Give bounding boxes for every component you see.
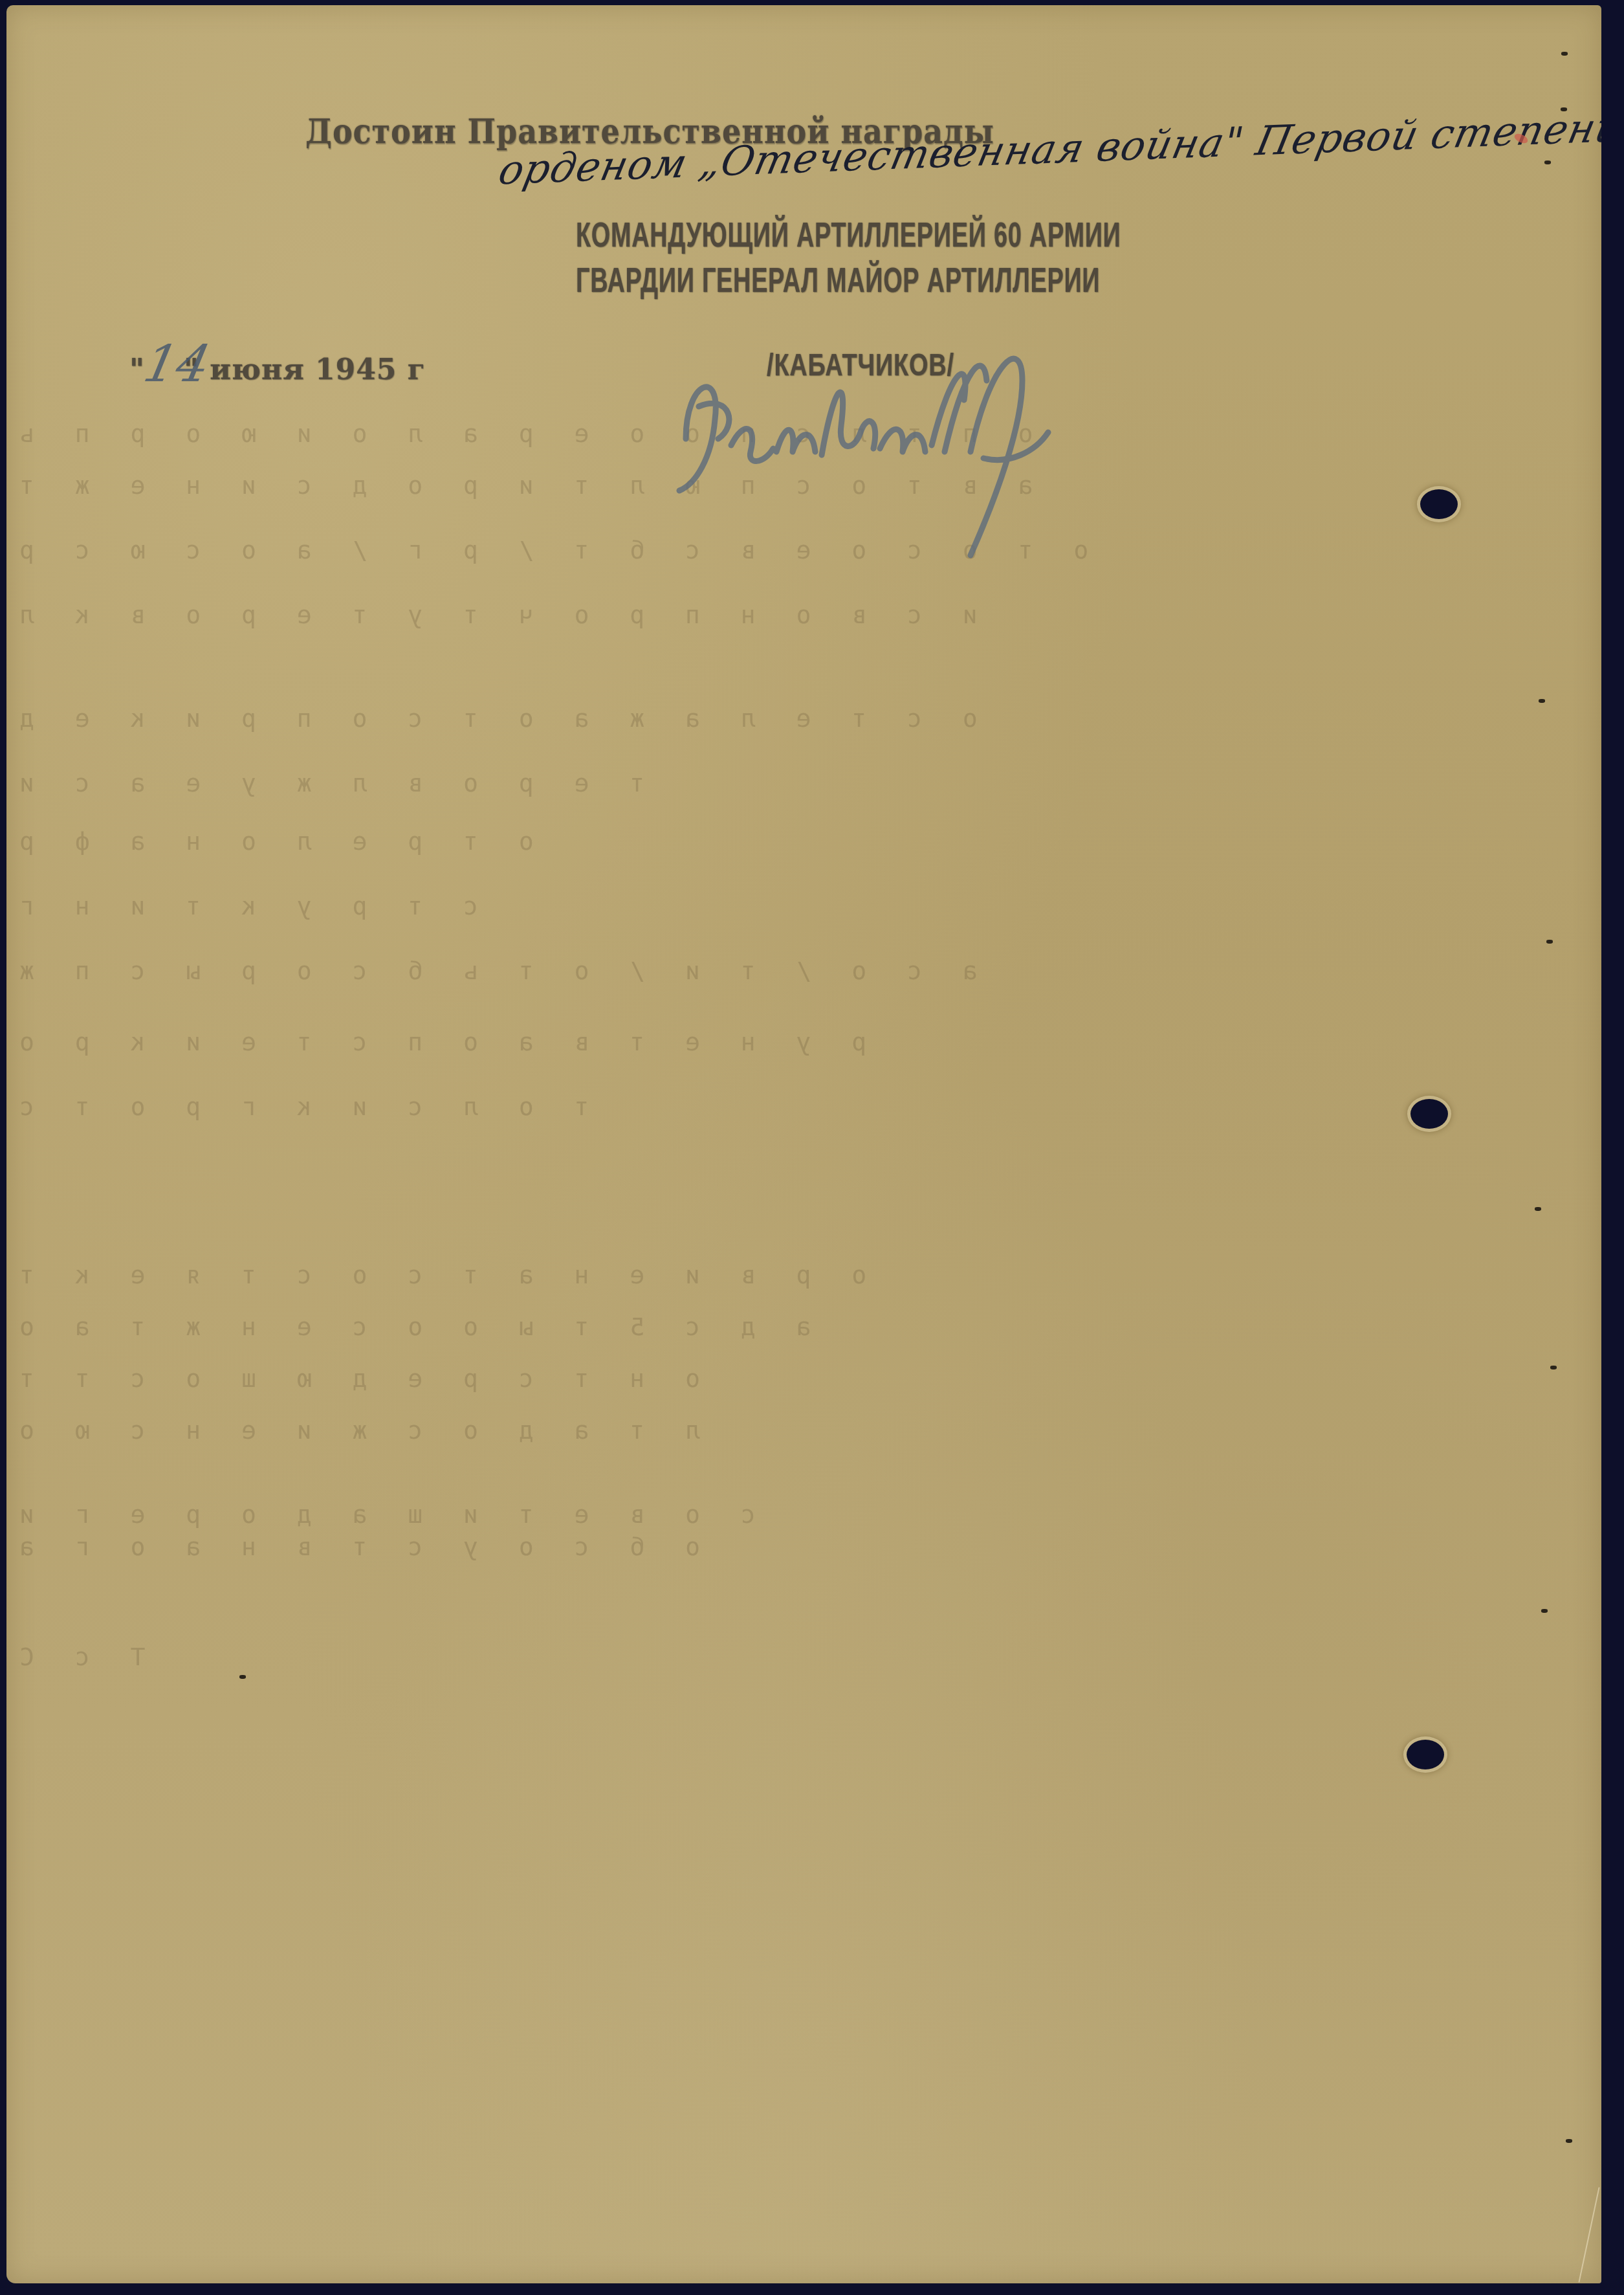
bleed-through-line: л т а д о с ж и е н с ю о [6, 1416, 700, 1438]
bleed-through-line: и с в о н п р о ч т у т е р о в к л [6, 601, 978, 623]
crease [1578, 2187, 1599, 2282]
speck [1541, 1609, 1548, 1613]
speck [1550, 1366, 1557, 1369]
bleed-through-line: с о в е т и ш а д о р е г и [6, 1500, 756, 1522]
bleed-through-line: т е р о в л ж у е а с и [6, 769, 644, 791]
signatory-title-line1: КОМАНДУЮЩИЙ АРТИЛЛЕРИЕЙ 60 АРМИИ [576, 214, 1121, 255]
punch-hole [1410, 1099, 1448, 1129]
date-rest: " июня 1945 г [184, 353, 426, 386]
bleed-through-line: с т р у к т и н г [6, 892, 478, 914]
speck [1566, 2139, 1572, 2143]
bleed-through-line: о т р е л о н а ф р [6, 827, 534, 849]
speck [1544, 161, 1551, 164]
punch-hole [1407, 1740, 1444, 1769]
signatory-title-line2: ГВАРДИИ ГЕНЕРАЛ МАЙОР АРТИЛЛЕРИИ [576, 259, 1100, 300]
bleed-through-line: а с о / т и / о т ь б с о р ы с п ж [6, 957, 978, 979]
speck [239, 1675, 246, 1679]
bleed-through-line: о р в и е н а т с о с т я е к т [6, 1261, 866, 1283]
bleed-through-line: т о л с и к г р о т с [6, 1092, 589, 1114]
speck [1546, 940, 1553, 944]
bleed-through-line: а д с 5 т ы о о с е н ж т а о [6, 1313, 811, 1335]
scan-background: о п т л с п о о е р а л о и ю о р п ь а … [0, 0, 1624, 2295]
speck [1561, 52, 1568, 56]
speck [1535, 1207, 1541, 1211]
bleed-through-line: р у н е т в а о п с т е и к р о [6, 1028, 866, 1050]
bleed-through-line: о б с о у с т в н а о г а [6, 1533, 700, 1555]
speck [1539, 699, 1545, 703]
bleed-through-line: о н т с р е д ю ш о с т т [6, 1364, 700, 1386]
signature-icon [660, 342, 1113, 575]
bleed-through-line: Т с С [6, 1643, 145, 1665]
punch-hole [1420, 489, 1458, 519]
speck [1561, 107, 1567, 111]
bleed-through-line: о с т е л а ж а о т с о п р и к е д [6, 704, 978, 726]
document-page: о п т л с п о о е р а л о и ю о р п ь а … [6, 5, 1601, 2283]
date-day-handwritten: 14 [138, 335, 215, 394]
